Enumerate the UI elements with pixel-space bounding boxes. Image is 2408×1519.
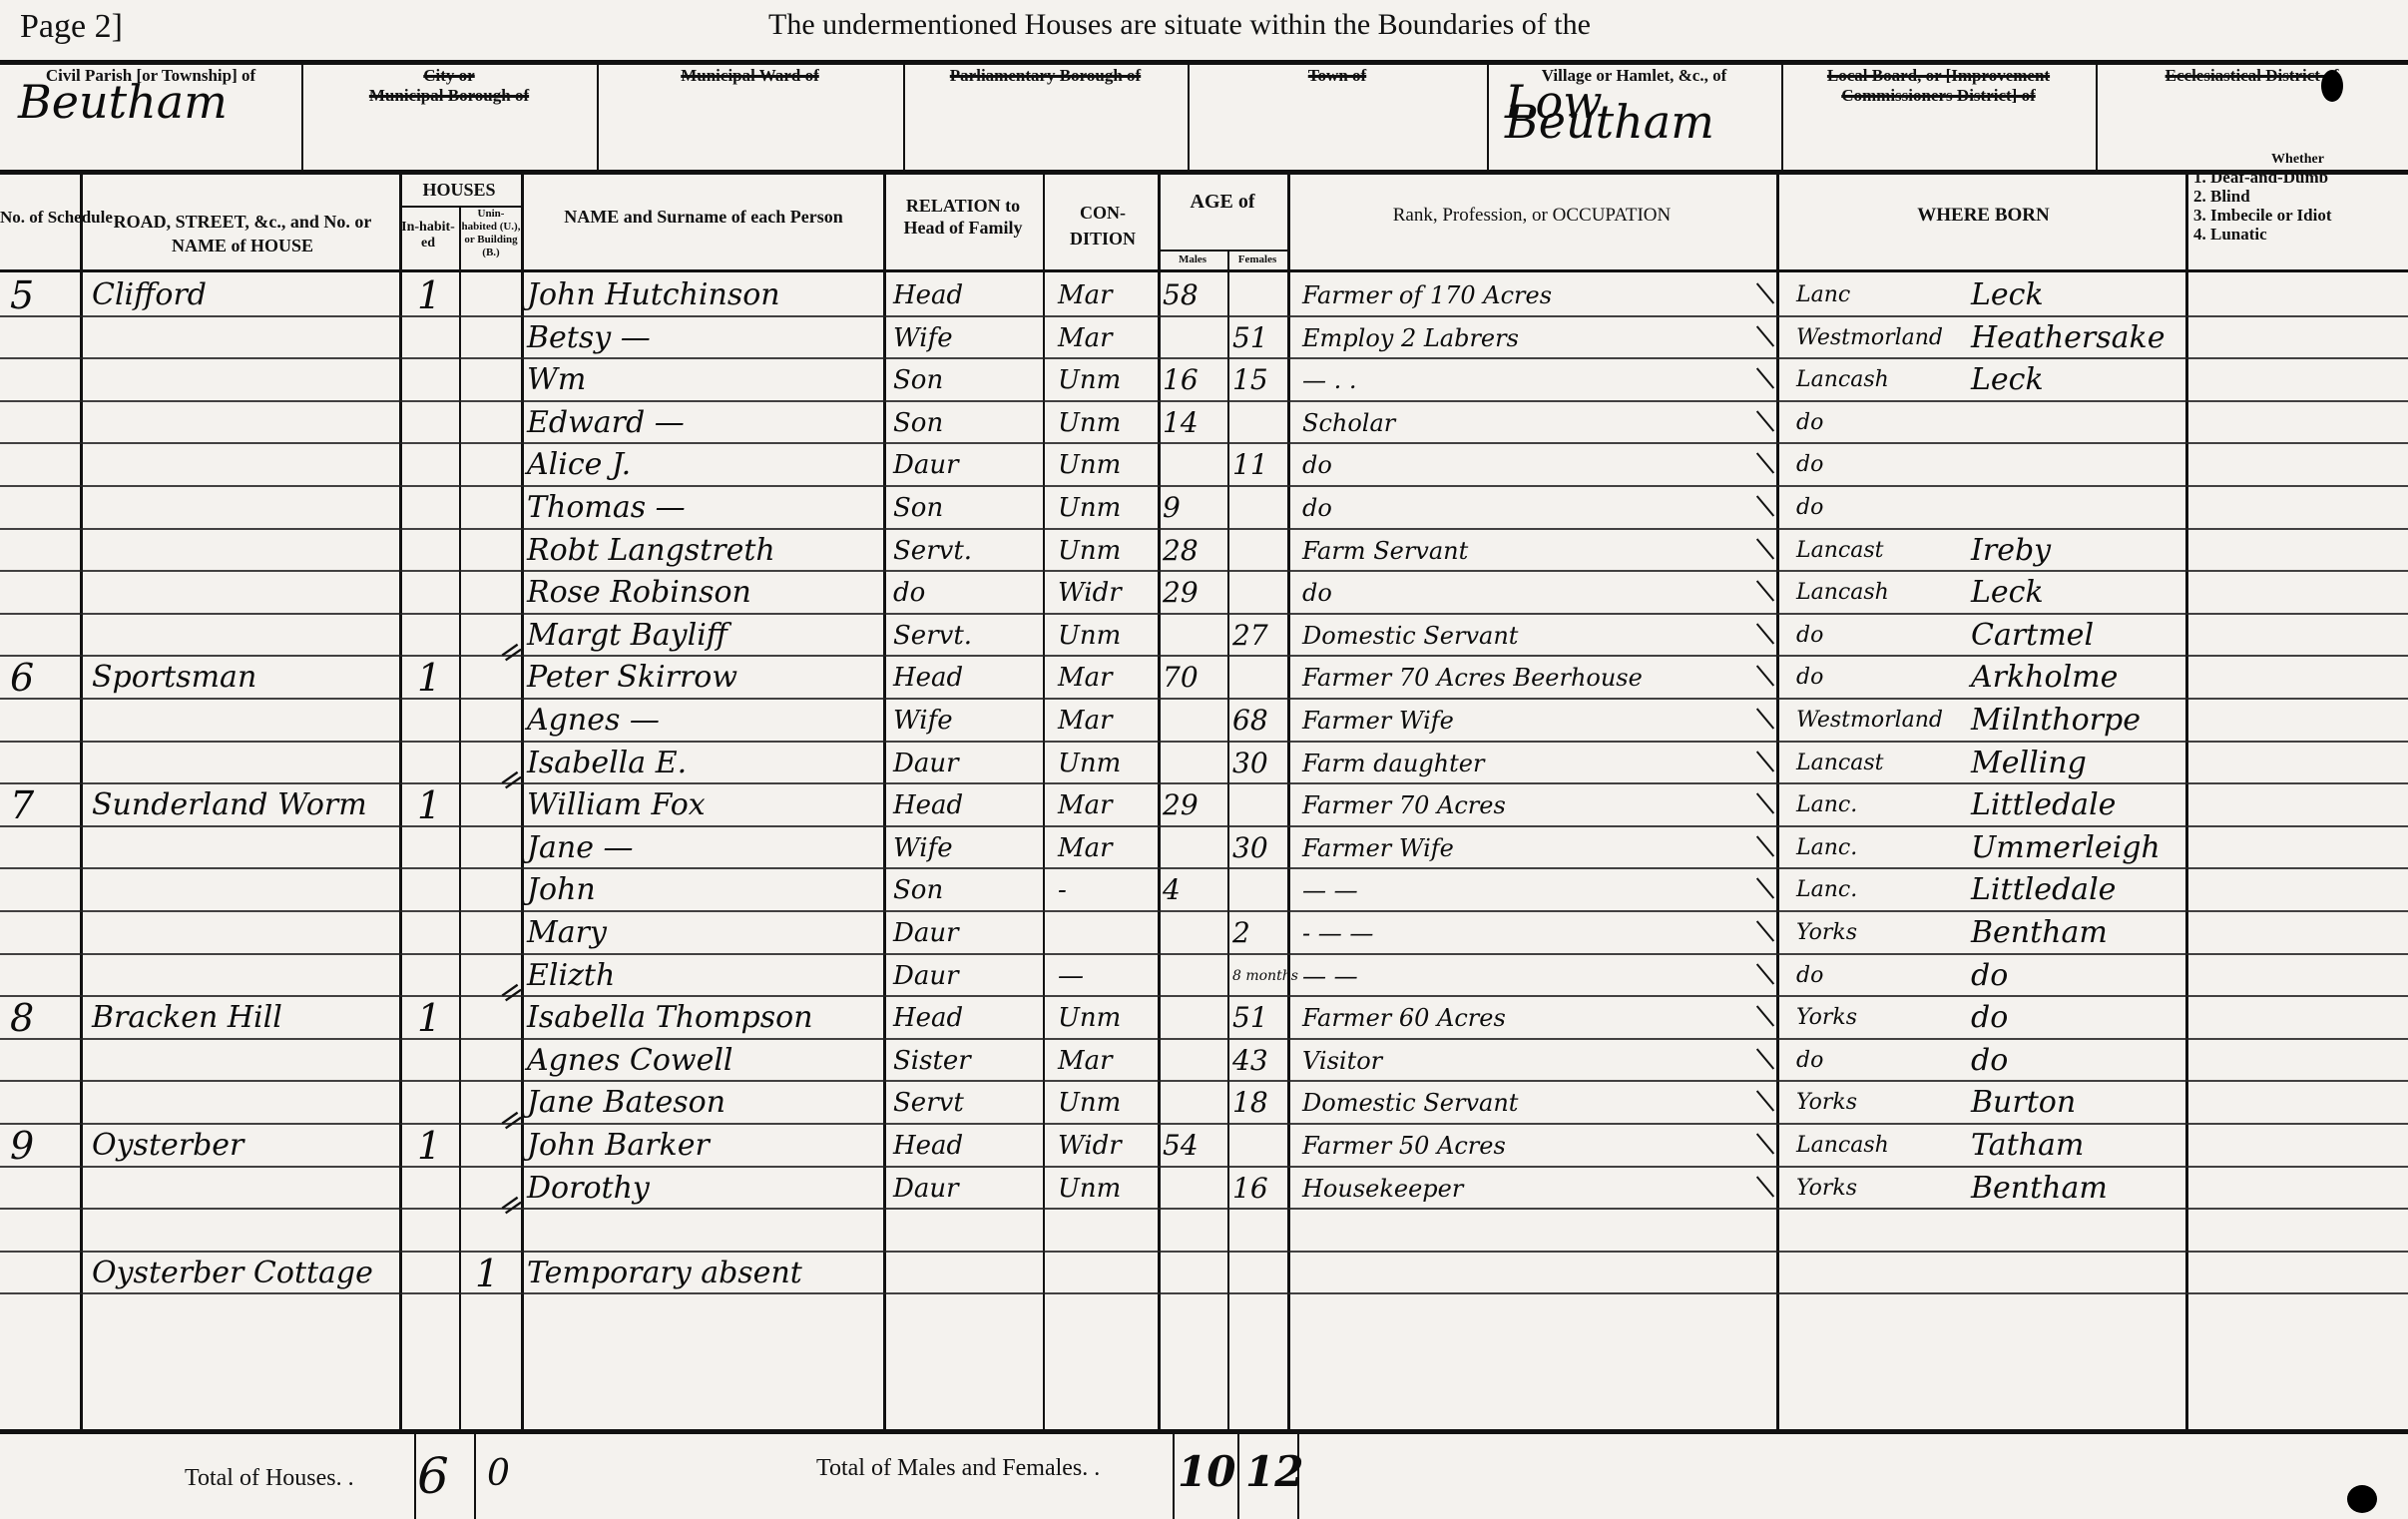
cell-occupation: Farmer 60 Acres [1302, 999, 1771, 1038]
cell-relation: Daur [893, 446, 1038, 485]
cell-occupation: Domestic Servant [1302, 1084, 1771, 1123]
total-inhabited: 6 [417, 1447, 449, 1505]
cell-male-age: 28 [1163, 532, 1224, 571]
cell-born-place: Melling [1971, 745, 2180, 783]
cell-name: Rose Robinson [527, 574, 881, 613]
cell-name: William Fox [527, 786, 881, 825]
cell-born-county: do [1796, 1042, 1976, 1081]
cell-born-place: do [1971, 999, 2180, 1038]
infirmity-item: 3. Imbecile or Idiot [2193, 206, 2408, 225]
col-road: ROAD, STREET, &c., and No. or NAME of HO… [88, 210, 397, 257]
cell-born-place: Burton [1971, 1084, 2180, 1123]
cell-name: Mary [527, 914, 881, 953]
cell-schedule: 7 [10, 786, 80, 825]
cell-condition: Mar [1058, 319, 1156, 358]
cell-born-place: do [1971, 1042, 2180, 1081]
cell-female-age: 51 [1232, 999, 1287, 1038]
cell-born-county: do [1796, 659, 1976, 698]
boundary-label: Municipal Ward of [601, 66, 899, 86]
cell-born-county: Lanc. [1796, 786, 1976, 825]
cell-condition: Widr [1058, 574, 1156, 613]
cell-born-place: Bentham [1971, 914, 2180, 953]
cell-born-county: do [1796, 617, 1976, 656]
cell-occupation: Farmer 70 Acres Beerhouse [1302, 659, 1771, 698]
cell-relation: Sister [893, 1042, 1038, 1081]
cell-name: Agnes — [527, 702, 881, 741]
cell-occupation: Farmer Wife [1302, 829, 1771, 868]
col-schedule: No. of Schedule [0, 205, 80, 231]
cell-born-place: Leck [1971, 276, 2180, 315]
cell-born-place: Tatham [1971, 1127, 2180, 1166]
cell-name: Wm [527, 361, 881, 400]
page-number: Page 2] [20, 8, 123, 46]
cell-schedule: 5 [10, 276, 80, 315]
cell-inhabited: 1 [417, 659, 457, 698]
cell-relation: Servt [893, 1084, 1038, 1123]
cell-born-county: Yorks [1796, 1084, 1976, 1123]
cell-born-place: Bentham [1971, 1170, 2180, 1209]
boundary-value: Beutham [4, 92, 297, 112]
cell-female-age: 11 [1232, 446, 1287, 485]
col-females: Females [1227, 253, 1287, 265]
boundary-box: Municipal Ward of [601, 66, 899, 86]
total-persons-label: Total of Males and Females. . [816, 1455, 1100, 1482]
col-infirmity-title: Whether [2190, 152, 2405, 168]
boundary-box: Village or Hamlet, &c., ofLow Beutham [1491, 66, 1777, 132]
total-uninhabited: 0 [487, 1453, 510, 1494]
cell-born-place: Ireby [1971, 532, 2180, 571]
cell-born-place: Ummerleigh [1971, 829, 2180, 868]
cell-inhabited: 1 [417, 1127, 457, 1166]
cell-female-age: 43 [1232, 1042, 1287, 1081]
cell-schedule: 9 [10, 1127, 80, 1166]
cell-inhabited: 1 [417, 786, 457, 825]
col-infirmity-list: 1. Deaf-and-Dumb2. Blind3. Imbecile or I… [2193, 168, 2408, 244]
cell-name: Peter Skirrow [527, 659, 881, 698]
cell-female-age: 30 [1232, 829, 1287, 868]
cell-born-county: Lanc. [1796, 829, 1976, 868]
cell-condition: Mar [1058, 1042, 1156, 1081]
col-inhabited: In-habit-ed [399, 220, 457, 252]
cell-occupation: do [1302, 489, 1771, 528]
cell-relation: Wife [893, 319, 1038, 358]
cell-relation: Head [893, 786, 1038, 825]
col-uninhabited: Unin-habited (U.), or Building (B.) [461, 208, 521, 259]
cell-relation: Wife [893, 702, 1038, 741]
cell-occupation: — . . [1302, 361, 1771, 400]
col-name: NAME and Surname of each Person [539, 205, 868, 229]
cell-name: Edward — [527, 404, 881, 443]
cell-female-age: 8 months [1232, 957, 1287, 996]
cell-condition: Mar [1058, 702, 1156, 741]
cell-relation: do [893, 574, 1038, 613]
cell-born-place: Arkholme [1971, 659, 2180, 698]
cell-male-age: 54 [1163, 1127, 1224, 1166]
cell-condition: Widr [1058, 1127, 1156, 1166]
household-separator-icon: = [491, 971, 532, 1014]
cell-condition: — [1058, 957, 1156, 996]
cell-occupation: Domestic Servant [1302, 617, 1771, 656]
cell-house: Bracken Hill [92, 999, 391, 1038]
cell-schedule: 8 [10, 999, 80, 1038]
infirmity-item: 4. Lunatic [2193, 225, 2408, 244]
cell-female-age: 2 [1232, 914, 1287, 953]
cell-condition: Unm [1058, 617, 1156, 656]
cell-female-age: 27 [1232, 617, 1287, 656]
cell-relation: Head [893, 1127, 1038, 1166]
cell-relation: Daur [893, 745, 1038, 783]
cell-born-county: do [1796, 404, 1976, 443]
ink-blot-icon [2347, 1485, 2377, 1513]
household-separator-icon: = [491, 1184, 532, 1227]
cell-born-county: Lanc [1796, 276, 1976, 315]
cell-relation: Daur [893, 1170, 1038, 1209]
cell-born-county: Yorks [1796, 999, 1976, 1038]
cell-relation: Servt. [893, 532, 1038, 571]
cell-occupation: Farmer 70 Acres [1302, 786, 1771, 825]
cell-inhabited: 1 [417, 276, 457, 315]
boundary-label: Parliamentary Borough of [907, 66, 1184, 86]
boundary-box: City orMunicipal Borough of [305, 66, 593, 106]
boundary-box: Parliamentary Borough of [907, 66, 1184, 86]
col-males: Males [1160, 253, 1225, 265]
cell-condition: Unm [1058, 532, 1156, 571]
cell-condition: Unm [1058, 361, 1156, 400]
cell-name: John Hutchinson [527, 276, 881, 315]
cell-name: John [527, 871, 881, 910]
cell-condition: Unm [1058, 745, 1156, 783]
cell-occupation: Farm Servant [1302, 532, 1771, 571]
cell-condition: Unm [1058, 999, 1156, 1038]
cell-born-county: Westmorland [1796, 319, 1976, 358]
cell-condition: Unm [1058, 489, 1156, 528]
col-relation: RELATION to Head of Family [888, 195, 1038, 239]
cell-male-age: 9 [1163, 489, 1224, 528]
household-separator-icon: = [491, 759, 532, 801]
boundary-label: Town of [1192, 66, 1483, 86]
cell-male-age: 58 [1163, 276, 1224, 315]
total-houses-label: Total of Houses. . [185, 1465, 354, 1492]
cell-born-county: Lancast [1796, 532, 1976, 571]
cell-relation: Daur [893, 957, 1038, 996]
cell-born-county: Lanc. [1796, 871, 1976, 910]
infirmity-item: 1. Deaf-and-Dumb [2193, 168, 2408, 187]
total-males: 10 [1178, 1447, 1235, 1496]
cell-occupation: do [1302, 574, 1771, 613]
cell-born-county: Lancast [1796, 745, 1976, 783]
household-separator-icon: = [491, 631, 532, 674]
cell-relation: Head [893, 659, 1038, 698]
boundary-box: Town of [1192, 66, 1483, 86]
cell-born-place: Milnthorpe [1971, 702, 2180, 741]
cell-occupation: Visitor [1302, 1042, 1771, 1081]
cell-name: Agnes Cowell [527, 1042, 881, 1081]
cell-name: John Barker [527, 1127, 881, 1166]
cell-relation: Servt. [893, 617, 1038, 656]
cell-house: Clifford [92, 276, 391, 315]
cell-born-county: do [1796, 957, 1976, 996]
cell-occupation: - — — [1302, 914, 1771, 953]
cell-male-age: 29 [1163, 574, 1224, 613]
cell-name: Isabella E. [527, 745, 881, 783]
cell-condition: Mar [1058, 786, 1156, 825]
cell-female-age: 18 [1232, 1084, 1287, 1123]
cell-male-age: 29 [1163, 786, 1224, 825]
boundary-label: Local Board, or [ImprovementCommissioner… [1785, 66, 2092, 106]
cell-occupation: Housekeeper [1302, 1170, 1771, 1209]
cell-house: Sunderland Worm [92, 786, 391, 825]
cell-occupation: Farmer 50 Acres [1302, 1127, 1771, 1166]
cell-female-age: 68 [1232, 702, 1287, 741]
cell-male-age: 4 [1163, 871, 1224, 910]
cell-occupation: — — [1302, 957, 1771, 996]
cell-female-age: 51 [1232, 319, 1287, 358]
cell-born-place: do [1971, 957, 2180, 996]
cell-house: Sportsman [92, 659, 391, 698]
cell-female-age: 30 [1232, 745, 1287, 783]
cell-born-place: Littledale [1971, 786, 2180, 825]
cell-relation: Son [893, 871, 1038, 910]
cell-condition: Unm [1058, 404, 1156, 443]
cell-occupation: Scholar [1302, 404, 1771, 443]
cell-born-county: Lancash [1796, 361, 1976, 400]
col-houses: HOUSES [399, 180, 519, 201]
cell-name: Betsy — [527, 319, 881, 358]
cell-relation: Wife [893, 829, 1038, 868]
cell-born-place: Littledale [1971, 871, 2180, 910]
cell-born-county: Westmorland [1796, 702, 1976, 741]
col-occupation: Rank, Profession, or OCCUPATION [1297, 205, 1766, 227]
cell-condition: Mar [1058, 829, 1156, 868]
cell-condition: Unm [1058, 446, 1156, 485]
cell-born-place: Leck [1971, 574, 2180, 613]
boundary-value: Low Beutham [1491, 92, 1777, 132]
cell-born-county: do [1796, 446, 1976, 485]
cell-relation: Son [893, 404, 1038, 443]
cell-relation: Head [893, 276, 1038, 315]
boundary-label: Ecclesiastical District of [2100, 66, 2404, 86]
cell-condition: Mar [1058, 276, 1156, 315]
cell-name: Temporary absent [527, 1255, 881, 1293]
cell-born-place: Cartmel [1971, 617, 2180, 656]
cell-relation: Son [893, 361, 1038, 400]
cell-name: Dorothy [527, 1170, 881, 1209]
household-separator-icon: = [491, 1099, 532, 1142]
col-age: AGE of [1163, 190, 1282, 214]
cell-schedule: 6 [10, 659, 80, 698]
page-heading: The undermentioned Houses are situate wi… [768, 8, 1591, 42]
cell-name: Alice J. [527, 446, 881, 485]
cell-name: Jane — [527, 829, 881, 868]
cell-born-county: Lancash [1796, 1127, 1976, 1166]
cell-female-age: 16 [1232, 1170, 1287, 1209]
cell-born-county: do [1796, 489, 1976, 528]
cell-born-place: Leck [1971, 361, 2180, 400]
cell-occupation: do [1302, 446, 1771, 485]
boundary-label: City orMunicipal Borough of [305, 66, 593, 106]
cell-occupation: Farmer Wife [1302, 702, 1771, 741]
cell-house: Oysterber Cottage [92, 1255, 391, 1293]
cell-name: Thomas — [527, 489, 881, 528]
cell-occupation: — — [1302, 871, 1771, 910]
cell-name: Margt Bayliff [527, 617, 881, 656]
cell-born-place: Heathersake [1971, 319, 2180, 358]
cell-male-age: 16 [1163, 361, 1224, 400]
cell-inhabited: 1 [417, 999, 457, 1038]
cell-occupation: Farmer of 170 Acres [1302, 276, 1771, 315]
ink-blot-icon [2321, 70, 2343, 102]
cell-born-county: Yorks [1796, 914, 1976, 953]
cell-occupation: Farm daughter [1302, 745, 1771, 783]
total-females: 12 [1245, 1447, 1303, 1496]
cell-condition: Mar [1058, 659, 1156, 698]
cell-male-age: 70 [1163, 659, 1224, 698]
cell-born-county: Lancash [1796, 574, 1976, 613]
col-where-born: WHERE BORN [1786, 205, 2180, 227]
cell-condition: - [1058, 871, 1156, 910]
cell-uninhabited: 1 [475, 1255, 515, 1293]
cell-name: Isabella Thompson [527, 999, 881, 1038]
cell-relation: Head [893, 999, 1038, 1038]
boundary-box: Local Board, or [ImprovementCommissioner… [1785, 66, 2092, 106]
cell-relation: Daur [893, 914, 1038, 953]
infirmity-item: 2. Blind [2193, 187, 2408, 206]
cell-name: Jane Bateson [527, 1084, 881, 1123]
cell-female-age: 15 [1232, 361, 1287, 400]
boundary-box: Ecclesiastical District of [2100, 66, 2404, 86]
cell-condition: Unm [1058, 1084, 1156, 1123]
cell-name: Elizth [527, 957, 881, 996]
cell-male-age: 14 [1163, 404, 1224, 443]
cell-house: Oysterber [92, 1127, 391, 1166]
cell-occupation: Employ 2 Labrers [1302, 319, 1771, 358]
boundary-box: Civil Parish [or Township] ofBeutham [4, 66, 297, 112]
cell-name: Robt Langstreth [527, 532, 881, 571]
col-condition: CON-DITION [1053, 200, 1153, 252]
cell-born-county: Yorks [1796, 1170, 1976, 1209]
cell-relation: Son [893, 489, 1038, 528]
cell-condition: Unm [1058, 1170, 1156, 1209]
